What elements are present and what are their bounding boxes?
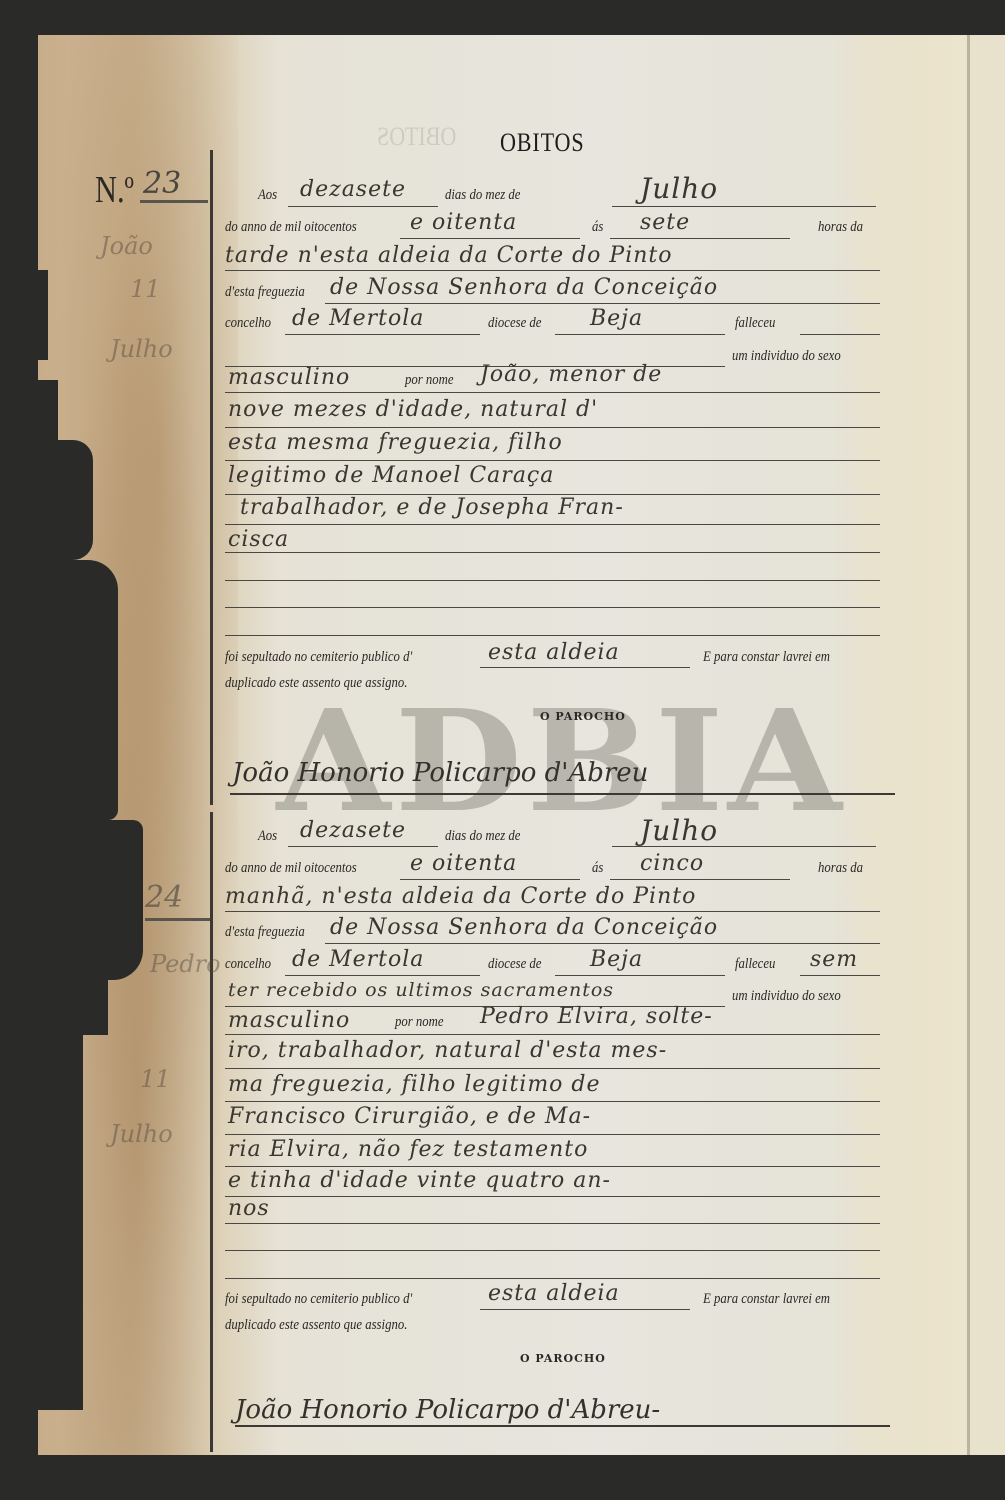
entry-number-label: N.º [95,168,134,212]
printed-label: falleceu [735,956,775,973]
printed-label: foi sepultado no cemiterio publico d' [225,649,412,666]
fill-line [225,1034,880,1035]
printed-label: diocese de [488,315,541,332]
fill-line [225,1278,880,1279]
margin-rule [210,150,213,805]
handwritten-burial-place: esta aldeia [488,640,620,665]
fill-line [225,607,880,608]
fill-line [225,1166,880,1167]
handwritten-text: nove mezes d'idade, natural d' [228,397,598,422]
fill-line [400,238,580,239]
printed-label: d'esta freguezia [225,284,305,301]
printed-label: foi sepultado no cemiterio publico d' [225,1291,412,1308]
fill-line [225,635,880,636]
margin-note: 11 [140,1065,171,1093]
fill-line [225,1068,880,1069]
printed-label: ás [592,219,603,236]
priest-signature: João Honorio Policarpo d'Abreu- [235,1395,660,1425]
fill-line [288,846,438,847]
fill-line [480,667,690,668]
printed-label: horas da [818,219,863,236]
signature-line [230,793,895,795]
torn-edge [38,440,93,560]
handwritten-sex: masculino [228,1008,350,1033]
torn-edge [38,820,143,980]
printed-label: E para constar lavrei em [703,1291,830,1308]
margin-note: Julho [110,1120,173,1148]
handwritten-diocese: Beja [590,306,643,331]
margin-note: João [100,232,153,260]
entry-number-rule [145,918,210,921]
handwritten-month: Julho [640,172,718,205]
torn-edge [38,560,118,820]
torn-edge [38,270,48,360]
handwritten-diocese: Beja [590,947,643,972]
margin-note: Julho [110,335,173,363]
handwritten-period-place: tarde n'esta aldeia da Corte do Pinto [225,243,673,268]
fill-line [612,846,876,847]
printed-label: do anno de mil oitocentos [225,860,357,877]
fill-line [225,911,880,912]
handwritten-name: Pedro Elvira, solte- [480,1004,713,1029]
fill-line [225,1101,880,1102]
handwritten-text: iro, trabalhador, natural d'esta mes- [228,1038,667,1063]
handwritten-text: ma freguezia, filho legitimo de [228,1072,601,1097]
fill-line [225,1134,880,1135]
handwritten-year: e oitenta [410,210,517,235]
handwritten-day: dezasete [300,177,406,202]
fill-line [555,975,725,976]
printed-label: do anno de mil oitocentos [225,219,357,236]
fill-line [285,334,480,335]
fill-line [225,524,880,525]
fill-line [612,206,876,207]
printed-label: dias do mez de [445,187,520,204]
margin-rule [210,812,213,1452]
fill-line [225,580,880,581]
fill-line [225,270,880,271]
fill-line [325,943,880,944]
fill-line [610,238,790,239]
fill-line [225,1250,880,1251]
printed-label: um individuo do sexo [732,348,841,365]
handwritten-month: Julho [640,814,718,847]
handwritten-burial-place: esta aldeia [488,1281,620,1306]
fill-line [480,1309,690,1310]
entry-number: 24 [145,880,183,915]
fill-line [288,206,438,207]
fill-line [285,975,480,976]
torn-edge [38,975,108,1035]
fill-line [225,392,880,393]
handwritten-text: cisca [228,527,289,552]
fill-line [800,334,880,335]
fill-line [400,879,580,880]
handwritten-text: ria Elvira, não fez testamento [228,1137,588,1162]
document-title: OBITOS [500,128,585,158]
handwritten-parish: de Nossa Senhora da Conceição [330,915,718,940]
fill-line [225,1223,880,1224]
printed-label: concelho [225,315,271,332]
handwritten-day: dezasete [300,818,406,843]
entry-number: 23 [143,166,181,201]
handwritten-year: e oitenta [410,851,517,876]
torn-edge [38,1030,83,1410]
fill-line [225,427,880,428]
handwritten-parish: de Nossa Senhora da Conceição [330,275,718,300]
fill-line [800,975,880,976]
handwritten-text: nos [228,1196,270,1221]
printed-label: ás [592,860,603,877]
fill-line [225,1196,880,1197]
parish-priest-label: O PAROCHO [540,710,626,723]
handwritten-name: João, menor de [480,362,662,387]
margin-note: 11 [130,275,161,303]
handwritten-text: trabalhador, e de Josepha Fran- [240,495,624,520]
parish-priest-label: O PAROCHO [520,1352,606,1365]
margin-note: Pedro [150,950,221,978]
printed-label: diocese de [488,956,541,973]
torn-edge [38,380,58,440]
handwritten-hour: sete [640,210,690,235]
handwritten-text: esta mesma freguezia, filho [228,430,563,455]
bleed-through-title: OBITOS [377,122,456,152]
fill-line [325,303,880,304]
printed-label: concelho [225,956,271,973]
printed-label: Aos [258,828,277,845]
fill-line [225,460,880,461]
handwritten-text: legitimo de Manoel Caraça [228,463,554,488]
handwritten-sacraments: ter recebido os ultimos sacramentos [228,979,614,1001]
printed-label: por nome [395,1014,444,1031]
printed-label: E para constar lavrei em [703,649,830,666]
fill-line [610,879,790,880]
handwritten-hour: cinco [640,851,704,876]
printed-label: duplicado este assento que assigno. [225,1317,407,1334]
priest-signature: João Honorio Policarpo d'Abreu [232,758,648,788]
printed-label: por nome [405,372,454,389]
signature-line [235,1425,890,1427]
printed-label: dias do mez de [445,828,520,845]
handwritten-text: Francisco Cirurgião, e de Ma- [228,1104,591,1129]
entry-number-rule [140,200,208,203]
handwritten-council: de Mertola [292,306,424,331]
printed-label: falleceu [735,315,775,332]
printed-label: d'esta freguezia [225,924,305,941]
handwritten-period-place: manhã, n'esta aldeia da Corte do Pinto [225,884,696,909]
handwritten-sex: masculino [228,365,350,390]
printed-label: Aos [258,187,277,204]
handwritten-falleceu-cont: sem [810,947,858,972]
fill-line [555,334,725,335]
printed-label: horas da [818,860,863,877]
fill-line [225,552,880,553]
facing-page-edge [970,35,1005,1455]
handwritten-council: de Mertola [292,947,424,972]
handwritten-text: e tinha d'idade vinte quatro an- [228,1168,611,1193]
printed-label: um individuo do sexo [732,988,841,1005]
